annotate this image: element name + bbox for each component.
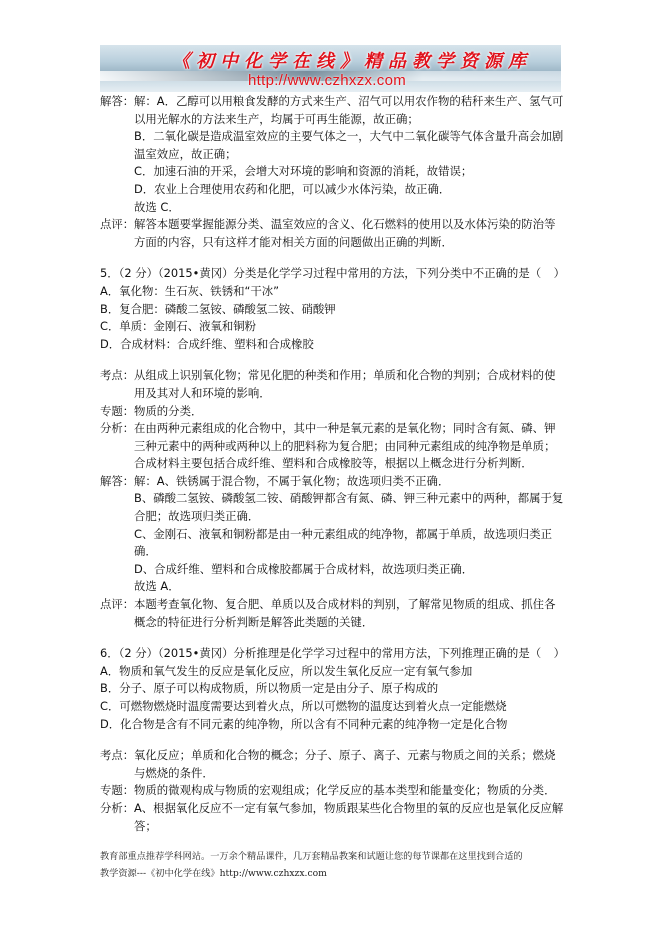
answer-choice: 故选 A． [134, 578, 565, 596]
q5-answer: 解答： 解：A、铁锈属于混合物，不属于氧化物；故选项归类不正确． B、磷酸二氢铵… [100, 473, 565, 596]
comment-label: 点评： [100, 596, 134, 631]
footer-link[interactable]: 教学资源---《初中化学在线》http://www.czhxzx.com [100, 865, 565, 882]
kaodian-label: 考点： [100, 367, 134, 402]
answer-line: C．加速石油的开采，会增大对环境的影响和资源的消耗，故错误； [134, 163, 565, 181]
q4-comment: 点评： 解答本题要掌握能源分类、温室效应的含义、化石燃料的使用以及水体污染的防治… [100, 216, 565, 251]
q6-zhuanti: 专题： 物质的微观构成与物质的宏观组成；化学反应的基本类型和能量变化；物质的分类… [100, 782, 565, 800]
answer-line: C、金刚石、液氧和铜粉都是由一种元素组成的纯净物，都属于单质，故选项归类正确． [134, 526, 565, 561]
document-body: 解答： 解：A．乙醇可以用粮食发酵的方式来生产、沼气可以用农作物的秸秆来生产、氢… [100, 93, 565, 835]
option-b: B．分子、原子可以构成物质，所以物质一定是由分子、原子构成的 [100, 680, 565, 698]
answer-blank: ） [554, 265, 565, 283]
answer-line: 解：A、铁锈属于混合物，不属于氧化物；故选项归类不正确． [134, 473, 565, 491]
option-c: C．单质：金刚石、液氧和铜粉 [100, 318, 565, 336]
option-d: D．合成材料：合成纤维、塑料和合成橡胶 [100, 336, 565, 354]
option-d: D．化合物是含有不同元素的纯净物，所以含有不同种元素的纯净物一定是化合物 [100, 716, 565, 734]
q6-fenxi: 分析： A、根据氧化反应不一定有氧气参加，物质跟某些化合物里的氧的反应也是氧化反… [100, 800, 565, 835]
answer-line: 解：A．乙醇可以用粮食发酵的方式来生产、沼气可以用农作物的秸秆来生产、氢气可以用… [134, 93, 565, 128]
answer-choice: 故选 C． [134, 199, 565, 217]
answer-label: 解答： [100, 93, 134, 216]
option-a: A．物质和氧气发生的反应是氧化反应，所以发生氧化反应一定有氧气参加 [100, 663, 565, 681]
question-6: 6．（2 分）（2015•黄冈）分析推理是化学学习过程中的常用方法，下列推理正确… [100, 645, 565, 733]
question-stem: 6．（2 分）（2015•黄冈）分析推理是化学学习过程中的常用方法，下列推理正确… [100, 645, 565, 663]
option-a: A．氧化物：生石灰、铁锈和“干冰” [100, 283, 565, 301]
site-banner: 《初中化学在线》精品教学资源库 http://www.czhxzx.com [100, 45, 561, 92]
comment-label: 点评： [100, 216, 134, 251]
banner-url-link[interactable]: http://www.czhxzx.com [248, 72, 406, 89]
kaodian-text: 氧化反应；单质和化合物的概念；分子、原子、离子、元素与物质之间的关系；燃烧与燃烧… [134, 747, 565, 782]
q5-zhuanti: 专题： 物质的分类． [100, 403, 565, 421]
fenxi-label: 分析： [100, 420, 134, 473]
q4-answer: 解答： 解：A．乙醇可以用粮食发酵的方式来生产、沼气可以用农作物的秸秆来生产、氢… [100, 93, 565, 216]
q5-fenxi: 分析： 在由两种元素组成的化合物中，其中一种是氧元素的是氧化物；同时含有氮、磷、… [100, 420, 565, 473]
fenxi-text: A、根据氧化反应不一定有氧气参加，物质跟某些化合物里的氧的反应也是氧化反应解答； [134, 800, 565, 835]
answer-label: 解答： [100, 473, 134, 596]
kaodian-text: 从组成上识别氧化物；常见化肥的种类和作用；单质和化合物的判别；合成材料的使用及其… [134, 367, 565, 402]
zhuanti-label: 专题： [100, 782, 134, 800]
answer-line: B、磷酸二氢铵、磷酸氢二铵、硝酸钾都含有氮、磷、钾三种元素中的两种，都属于复合肥… [134, 490, 565, 525]
page-footer: 教育部重点推荐学科网站。一万余个精品课件，几万套精品教案和试题让您的每节课都在这… [100, 848, 565, 882]
answer-line: D．农业上合理使用农药和化肥，可以减少水体污染，故正确． [134, 181, 565, 199]
q6-kaodian: 考点： 氧化反应；单质和化合物的概念；分子、原子、离子、元素与物质之间的关系；燃… [100, 747, 565, 782]
fenxi-label: 分析： [100, 800, 134, 835]
answer-line: D、合成纤维、塑料和合成橡胶都属于合成材料，故选项归类正确． [134, 561, 565, 579]
option-c: C．可燃物燃烧时温度需要达到着火点，所以可燃物的温度达到着火点一定能燃烧 [100, 698, 565, 716]
comment-text: 解答本题要掌握能源分类、温室效应的含义、化石燃料的使用以及水体污染的防治等方面的… [134, 216, 565, 251]
footer-line: 教育部重点推荐学科网站。一万余个精品课件，几万套精品教案和试题让您的每节课都在这… [100, 848, 565, 865]
fenxi-text: 在由两种元素组成的化合物中，其中一种是氧元素的是氧化物；同时含有氮、磷、钾三种元… [134, 420, 565, 473]
banner-title: 《初中化学在线》精品教学资源库 [172, 47, 532, 73]
stem-text: 6．（2 分）（2015•黄冈）分析推理是化学学习过程中的常用方法，下列推理正确… [100, 645, 541, 663]
question-5: 5．（2 分）（2015•黄冈）分类是化学学习过程中常用的方法，下列分类中不正确… [100, 265, 565, 353]
zhuanti-text: 物质的微观构成与物质的宏观组成；化学反应的基本类型和能量变化；物质的分类． [134, 782, 565, 800]
answer-line: B．二氧化碳是造成温室效应的主要气体之一，大气中二氧化碳等气体含量升高会加剧温室… [134, 128, 565, 163]
answer-blank: ） [554, 645, 565, 663]
zhuanti-text: 物质的分类． [134, 403, 565, 421]
q5-kaodian: 考点： 从组成上识别氧化物；常见化肥的种类和作用；单质和化合物的判别；合成材料的… [100, 367, 565, 402]
comment-text: 本题考查氧化物、复合肥、单质以及合成材料的判别，了解常见物质的组成、抓住各概念的… [134, 596, 565, 631]
q5-comment: 点评： 本题考查氧化物、复合肥、单质以及合成材料的判别，了解常见物质的组成、抓住… [100, 596, 565, 631]
question-stem: 5．（2 分）（2015•黄冈）分类是化学学习过程中常用的方法，下列分类中不正确… [100, 265, 565, 283]
zhuanti-label: 专题： [100, 403, 134, 421]
kaodian-label: 考点： [100, 747, 134, 782]
stem-text: 5．（2 分）（2015•黄冈）分类是化学学习过程中常用的方法，下列分类中不正确… [100, 265, 541, 283]
option-b: B．复合肥：磷酸二氢铵、磷酸氢二铵、硝酸钾 [100, 301, 565, 319]
